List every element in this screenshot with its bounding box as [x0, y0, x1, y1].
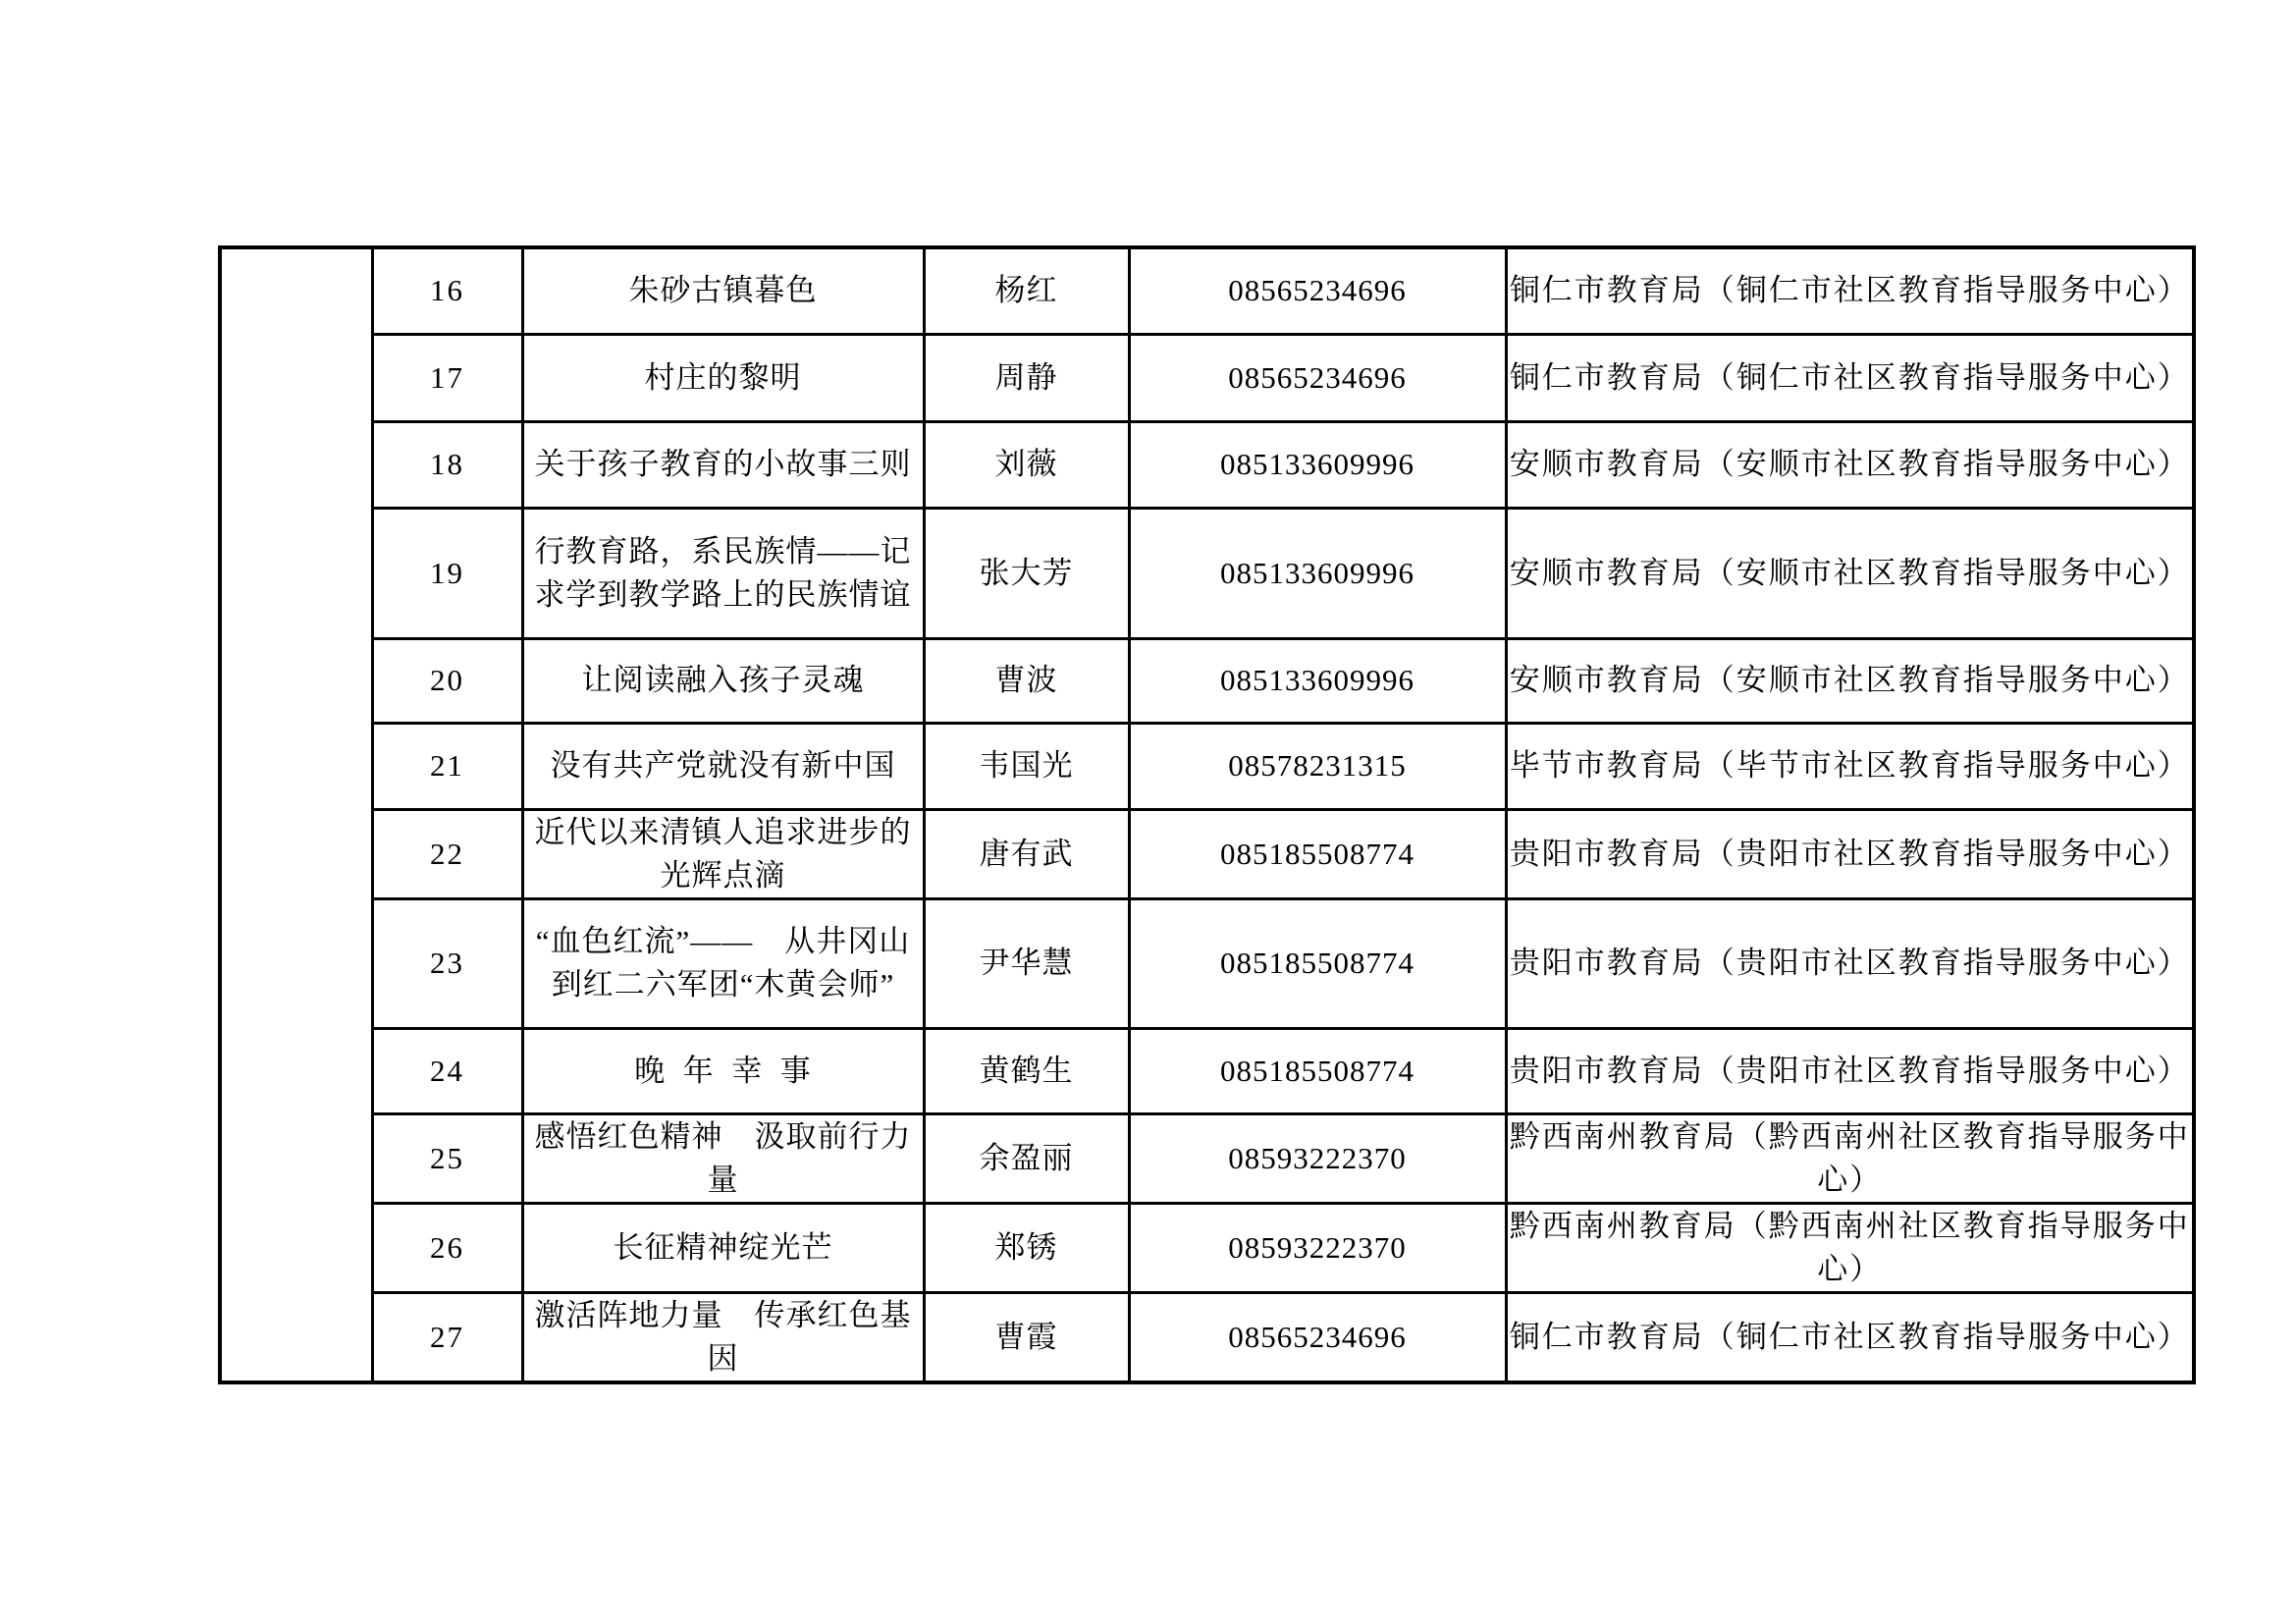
table-row: 24晚 年 幸 事黄鹤生085185508774贵阳市教育局（贵阳市社区教育指导… — [220, 1028, 2194, 1113]
author-cell: 曹霞 — [924, 1292, 1129, 1382]
phone-cell: 08593222370 — [1129, 1113, 1506, 1203]
row-number-cell: 25 — [372, 1113, 522, 1203]
author-cell: 杨红 — [924, 247, 1129, 334]
title-cell: 行教育路，系民族情——记求学到教学路上的民族情谊 — [522, 508, 924, 638]
row-number-cell: 27 — [372, 1292, 522, 1382]
merged-category-cell — [220, 247, 372, 1382]
table-row: 18关于孩子教育的小故事三则刘薇085133609996安顺市教育局（安顺市社区… — [220, 421, 2194, 508]
row-number-cell: 22 — [372, 809, 522, 898]
organization-cell: 安顺市教育局（安顺市社区教育指导服务中心） — [1506, 421, 2194, 508]
table-row: 22近代以来清镇人追求进步的光辉点滴唐有武085185508774贵阳市教育局（… — [220, 809, 2194, 898]
organization-cell: 安顺市教育局（安顺市社区教育指导服务中心） — [1506, 638, 2194, 723]
table-row: 23“血色红流”—— 从井冈山到红二六军团“木黄会师”尹华慧0851855087… — [220, 898, 2194, 1028]
table-row: 21没有共产党就没有新中国韦国光08578231315毕节市教育局（毕节市社区教… — [220, 723, 2194, 809]
title-cell: 让阅读融入孩子灵魂 — [522, 638, 924, 723]
author-cell: 张大芳 — [924, 508, 1129, 638]
row-number-cell: 23 — [372, 898, 522, 1028]
entries-table: 16朱砂古镇暮色杨红08565234696铜仁市教育局（铜仁市社区教育指导服务中… — [218, 245, 2196, 1384]
author-cell: 唐有武 — [924, 809, 1129, 898]
phone-cell: 085185508774 — [1129, 1028, 1506, 1113]
title-cell: 晚 年 幸 事 — [522, 1028, 924, 1113]
author-cell: 余盈丽 — [924, 1113, 1129, 1203]
title-cell: 关于孩子教育的小故事三则 — [522, 421, 924, 508]
organization-cell: 铜仁市教育局（铜仁市社区教育指导服务中心） — [1506, 334, 2194, 421]
table-row: 27激活阵地力量 传承红色基因曹霞08565234696铜仁市教育局（铜仁市社区… — [220, 1292, 2194, 1382]
title-cell: 感悟红色精神 汲取前行力量 — [522, 1113, 924, 1203]
author-cell: 黄鹤生 — [924, 1028, 1129, 1113]
table-row: 20让阅读融入孩子灵魂曹波085133609996安顺市教育局（安顺市社区教育指… — [220, 638, 2194, 723]
table-body: 16朱砂古镇暮色杨红08565234696铜仁市教育局（铜仁市社区教育指导服务中… — [220, 247, 2194, 1382]
author-cell: 尹华慧 — [924, 898, 1129, 1028]
organization-cell: 安顺市教育局（安顺市社区教育指导服务中心） — [1506, 508, 2194, 638]
phone-cell: 08565234696 — [1129, 334, 1506, 421]
phone-cell: 08593222370 — [1129, 1203, 1506, 1292]
author-cell: 曹波 — [924, 638, 1129, 723]
organization-cell: 黔西南州教育局（黔西南州社区教育指导服务中心） — [1506, 1203, 2194, 1292]
table-row: 26长征精神绽光芒郑锈08593222370黔西南州教育局（黔西南州社区教育指导… — [220, 1203, 2194, 1292]
row-number-cell: 24 — [372, 1028, 522, 1113]
phone-cell: 08565234696 — [1129, 1292, 1506, 1382]
organization-cell: 铜仁市教育局（铜仁市社区教育指导服务中心） — [1506, 1292, 2194, 1382]
organization-cell: 贵阳市教育局（贵阳市社区教育指导服务中心） — [1506, 809, 2194, 898]
row-number-cell: 19 — [372, 508, 522, 638]
phone-cell: 085185508774 — [1129, 898, 1506, 1028]
row-number-cell: 26 — [372, 1203, 522, 1292]
row-number-cell: 17 — [372, 334, 522, 421]
table-row: 16朱砂古镇暮色杨红08565234696铜仁市教育局（铜仁市社区教育指导服务中… — [220, 247, 2194, 334]
author-cell: 韦国光 — [924, 723, 1129, 809]
title-cell: 近代以来清镇人追求进步的光辉点滴 — [522, 809, 924, 898]
row-number-cell: 18 — [372, 421, 522, 508]
organization-cell: 铜仁市教育局（铜仁市社区教育指导服务中心） — [1506, 247, 2194, 334]
author-cell: 郑锈 — [924, 1203, 1129, 1292]
row-number-cell: 16 — [372, 247, 522, 334]
phone-cell: 085133609996 — [1129, 421, 1506, 508]
table-row: 17村庄的黎明周静08565234696铜仁市教育局（铜仁市社区教育指导服务中心… — [220, 334, 2194, 421]
phone-cell: 08565234696 — [1129, 247, 1506, 334]
title-cell: 没有共产党就没有新中国 — [522, 723, 924, 809]
title-cell: 村庄的黎明 — [522, 334, 924, 421]
phone-cell: 08578231315 — [1129, 723, 1506, 809]
phone-cell: 085133609996 — [1129, 508, 1506, 638]
organization-cell: 黔西南州教育局（黔西南州社区教育指导服务中心） — [1506, 1113, 2194, 1203]
title-cell: 激活阵地力量 传承红色基因 — [522, 1292, 924, 1382]
phone-cell: 085185508774 — [1129, 809, 1506, 898]
title-cell: 长征精神绽光芒 — [522, 1203, 924, 1292]
document-page: 16朱砂古镇暮色杨红08565234696铜仁市教育局（铜仁市社区教育指导服务中… — [0, 0, 2296, 1624]
row-number-cell: 20 — [372, 638, 522, 723]
organization-cell: 贵阳市教育局（贵阳市社区教育指导服务中心） — [1506, 1028, 2194, 1113]
author-cell: 周静 — [924, 334, 1129, 421]
table-row: 25感悟红色精神 汲取前行力量余盈丽08593222370黔西南州教育局（黔西南… — [220, 1113, 2194, 1203]
organization-cell: 贵阳市教育局（贵阳市社区教育指导服务中心） — [1506, 898, 2194, 1028]
row-number-cell: 21 — [372, 723, 522, 809]
title-cell: “血色红流”—— 从井冈山到红二六军团“木黄会师” — [522, 898, 924, 1028]
table-row: 19行教育路，系民族情——记求学到教学路上的民族情谊张大芳08513360999… — [220, 508, 2194, 638]
organization-cell: 毕节市教育局（毕节市社区教育指导服务中心） — [1506, 723, 2194, 809]
author-cell: 刘薇 — [924, 421, 1129, 508]
title-cell: 朱砂古镇暮色 — [522, 247, 924, 334]
phone-cell: 085133609996 — [1129, 638, 1506, 723]
